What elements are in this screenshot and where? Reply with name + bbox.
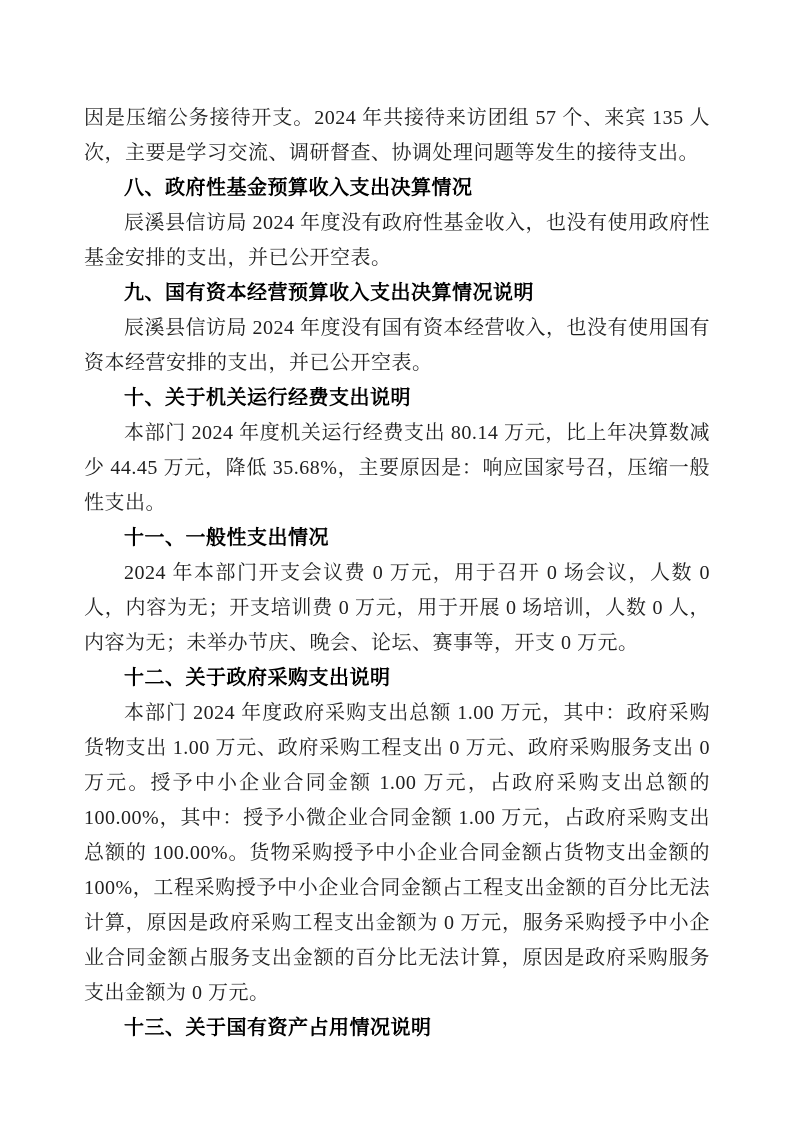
paragraph-section-8-gov-fund-budget: 辰溪县信访局 2024 年度没有政府性基金收入，也没有使用政府性基金安排的支出，… [84,206,710,276]
section-heading-13-state-asset-occupancy: 十三、关于国有资产占用情况说明 [84,1011,710,1046]
section-heading-10-agency-operating-expense: 十、关于机关运行经费支出说明 [84,381,710,416]
paragraph-section-10-agency-operating-expense: 本部门 2024 年度机关运行经费支出 80.14 万元，比上年决算数减少 44… [84,416,710,521]
section-heading-11-general-expenditure: 十一、一般性支出情况 [84,521,710,556]
document-page: 因是压缩公务接待开支。2024 年共接待来访团组 57 个、来宾 135 人次，… [0,0,793,1122]
paragraph-section-11-general-expenditure: 2024 年本部门开支会议费 0 万元，用于召开 0 场会议，人数 0 人，内容… [84,556,710,661]
section-heading-12-gov-procurement: 十二、关于政府采购支出说明 [84,661,710,696]
continued-paragraph-official-reception: 因是压缩公务接待开支。2024 年共接待来访团组 57 个、来宾 135 人次，… [84,101,710,171]
section-heading-9-state-capital-budget: 九、国有资本经营预算收入支出决算情况说明 [84,276,710,311]
paragraph-section-12-gov-procurement: 本部门 2024 年度政府采购支出总额 1.00 万元，其中：政府采购货物支出 … [84,696,710,1011]
document-body: 因是压缩公务接待开支。2024 年共接待来访团组 57 个、来宾 135 人次，… [84,101,710,1046]
section-heading-8-gov-fund-budget: 八、政府性基金预算收入支出决算情况 [84,171,710,206]
paragraph-section-9-state-capital-budget: 辰溪县信访局 2024 年度没有国有资本经营收入，也没有使用国有资本经营安排的支… [84,311,710,381]
